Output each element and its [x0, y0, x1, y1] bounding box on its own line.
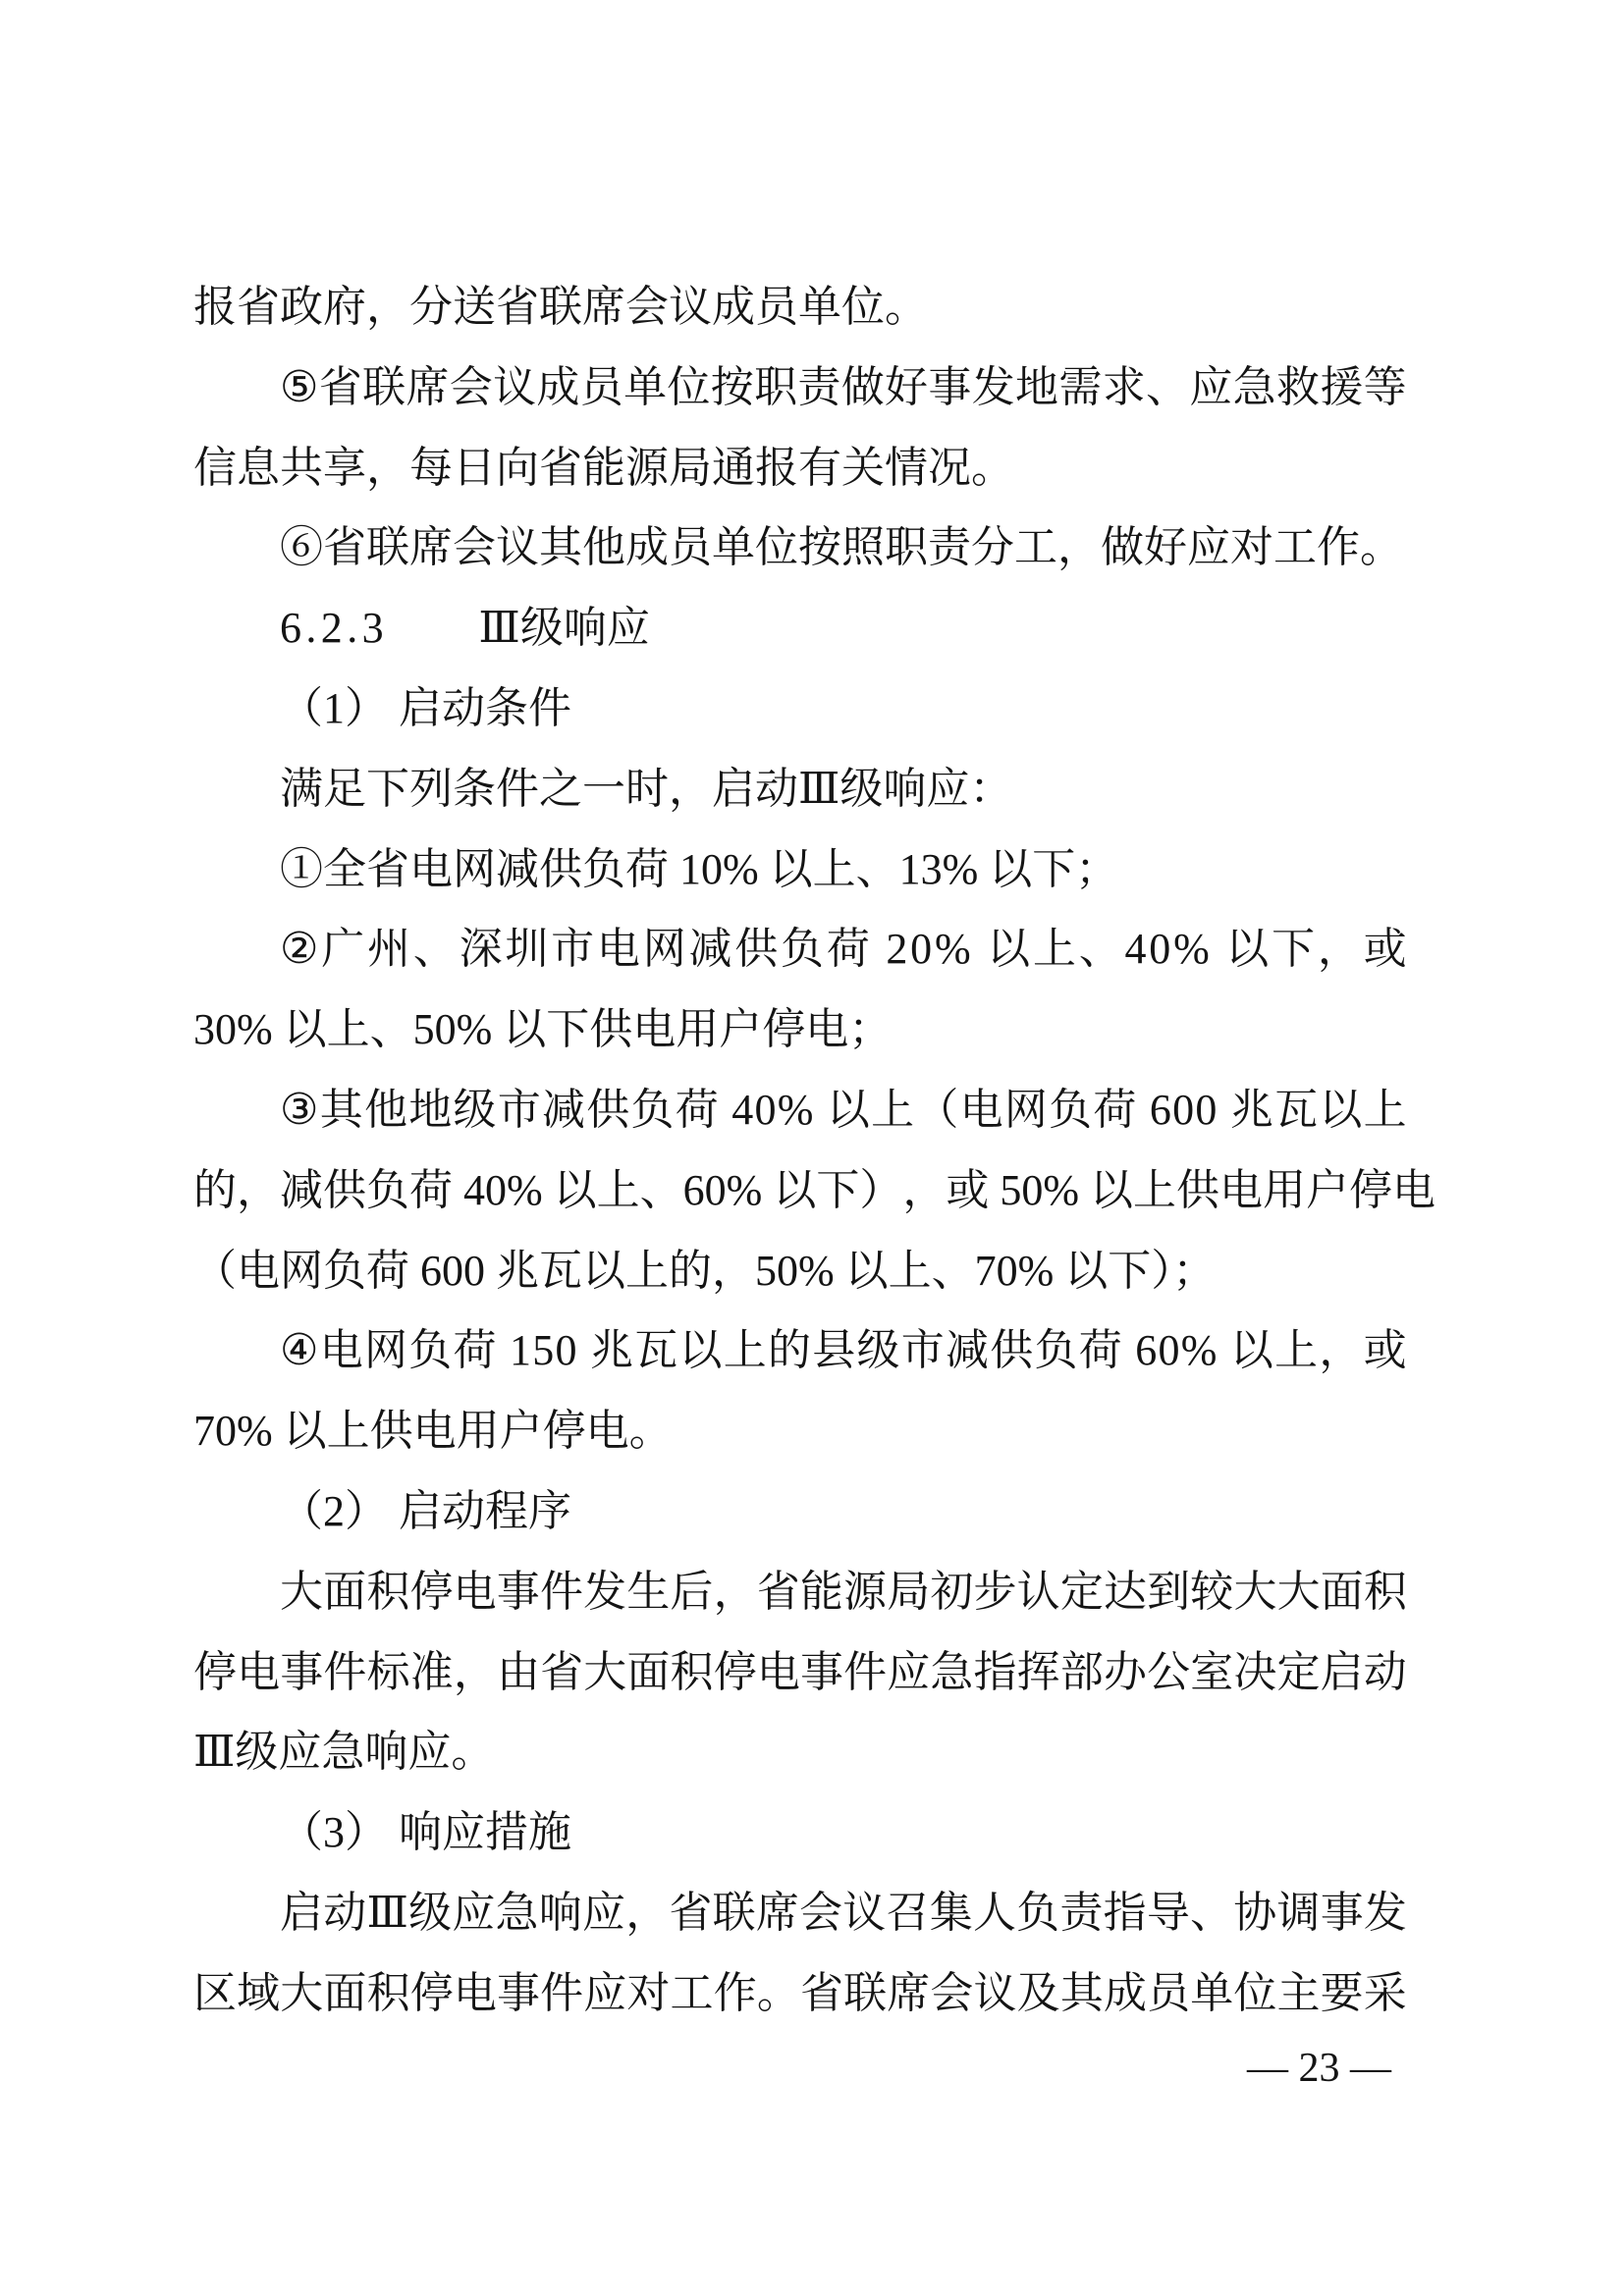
document-line: ④电网负荷 150 兆瓦以上的县级市减供负荷 60% 以上，或: [193, 1310, 1407, 1391]
section-heading: 6.2.3Ⅲ级响应: [193, 588, 1407, 668]
document-line: 大面积停电事件发生后，省能源局初步认定达到较大大面积: [193, 1552, 1407, 1632]
document-line: 停电事件标准，由省大面积停电事件应急指挥部办公室决定启动: [193, 1632, 1407, 1713]
document-body: 报省政府，分送省联席会议成员单位。 ⑤省联席会议成员单位按职责做好事发地需求、应…: [193, 267, 1407, 2034]
document-line: 区域大面积停电事件应对工作。省联席会议及其成员单位主要采: [193, 1953, 1407, 2034]
document-line: ①全省电网减供负荷 10% 以上、13% 以下；: [193, 829, 1407, 910]
document-line: 70% 以上供电用户停电。: [193, 1391, 1407, 1471]
page-number: — 23 —: [1247, 2047, 1391, 2090]
document-line: （1） 启动条件: [193, 668, 1407, 749]
document-line: 的，减供负荷 40% 以上、60% 以下），或 50% 以上供电用户停电: [193, 1150, 1407, 1231]
document-line: ⑥省联席会议其他成员单位按照职责分工，做好应对工作。: [193, 507, 1407, 588]
document-page: 报省政府，分送省联席会议成员单位。 ⑤省联席会议成员单位按职责做好事发地需求、应…: [0, 0, 1624, 2296]
section-heading-title: Ⅲ级响应: [478, 604, 649, 652]
document-line: （3） 响应措施: [193, 1792, 1407, 1873]
document-line: ③其他地级市减供负荷 40% 以上（电网负荷 600 兆瓦以上: [193, 1070, 1407, 1150]
document-line: 启动Ⅲ级应急响应，省联席会议召集人负责指导、协调事发: [193, 1873, 1407, 1953]
document-line: 报省政府，分送省联席会议成员单位。: [193, 267, 1407, 347]
document-line: Ⅲ级应急响应。: [193, 1712, 1407, 1792]
document-line: （电网负荷 600 兆瓦以上的，50% 以上、70% 以下）；: [193, 1231, 1407, 1311]
section-heading-number: 6.2.3: [280, 604, 388, 652]
document-line: ⑤省联席会议成员单位按职责做好事发地需求、应急救援等: [193, 347, 1407, 428]
document-line: 30% 以上、50% 以下供电用户停电；: [193, 989, 1407, 1070]
document-line: （2） 启动程序: [193, 1471, 1407, 1552]
document-line: 满足下列条件之一时，启动Ⅲ级响应：: [193, 749, 1407, 829]
document-line: ②广州、深圳市电网减供负荷 20% 以上、40% 以下，或: [193, 909, 1407, 989]
document-line: 信息共享，每日向省能源局通报有关情况。: [193, 428, 1407, 508]
